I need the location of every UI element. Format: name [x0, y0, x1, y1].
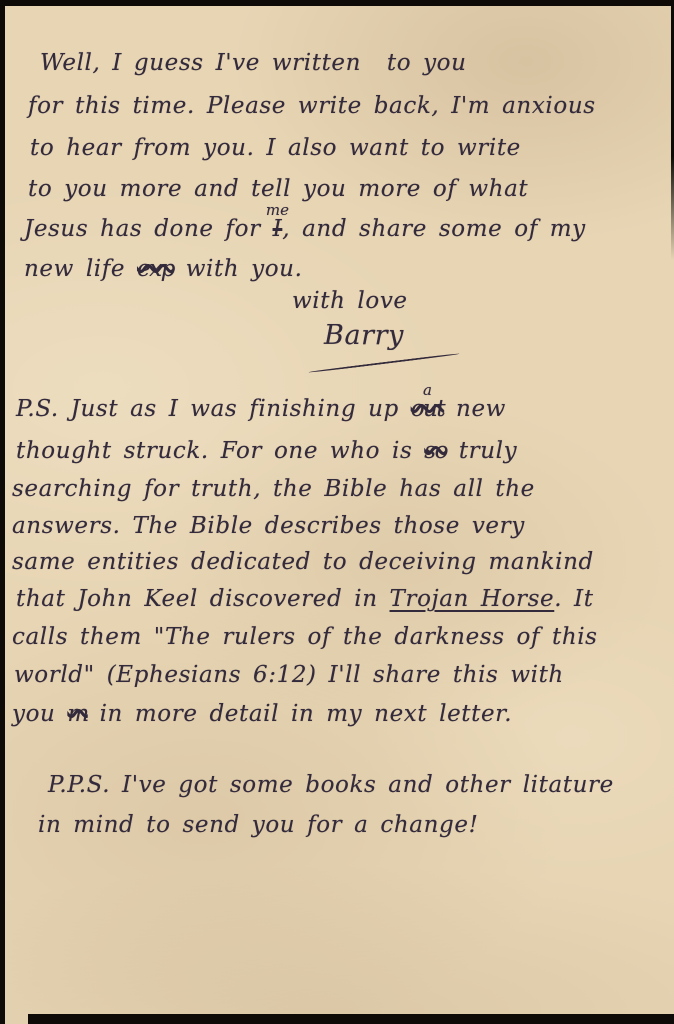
scanned-letter-page: Well, I guess I've written to you for th… — [0, 0, 674, 1024]
ps-line-9-after: in more detail in my next letter. — [88, 701, 512, 727]
ps-line-2-after: truly — [447, 438, 517, 464]
correction-group: meI — [273, 216, 283, 242]
body-line-6-before: new life — [24, 256, 137, 282]
valediction: with love — [292, 288, 408, 314]
ps-line-6-before: that John Keel discovered in — [16, 586, 390, 612]
body-line-5-after: , and share some of my — [282, 216, 585, 242]
ps-line-6: that John Keel discovered in Trojan Hors… — [16, 586, 594, 612]
struck-word: I — [273, 216, 283, 242]
ps-scribbled-word-2: so — [424, 438, 447, 464]
body-line-6: new life exp with you. — [24, 256, 302, 282]
correction-word: me — [266, 201, 289, 219]
ps-scribbled-word-1: out — [411, 396, 444, 422]
ps-correction-group: aout — [411, 396, 444, 422]
underlined-book-title: Trojan Horse — [390, 586, 555, 612]
body-line-2: for this time. Please write back, I'm an… — [28, 93, 596, 119]
body-line-5: Jesus has done for meI, and share some o… — [24, 216, 586, 242]
body-line-1-after: to you — [387, 50, 467, 76]
ps-line-4: answers. The Bible describes those very — [12, 513, 525, 539]
ps-line-1-after: new — [444, 396, 506, 422]
ps-line-9-before: you — [12, 701, 67, 727]
ps-scribbled-word-3: m — [67, 701, 87, 727]
ps-line-2: thought struck. For one who is so truly — [16, 438, 517, 464]
body-line-4: to you more and tell you more of what — [28, 176, 528, 202]
ps-line-7: calls them "The rulers of the darkness o… — [12, 624, 598, 650]
ps-line-1: P.S. Just as I was finishing up aout new — [16, 396, 506, 422]
ps-line-9: you m in more detail in my next letter. — [12, 701, 512, 727]
ps-line-5: same entities dedicated to deceiving man… — [12, 549, 594, 575]
body-line-3: to hear from you. I also want to write — [30, 135, 521, 161]
body-line-5-before: Jesus has done for — [24, 216, 273, 242]
ps-line-3: searching for truth, the Bible has all t… — [12, 476, 535, 502]
scan-edge-bottom — [28, 1014, 674, 1024]
pps-line-2: in mind to send you for a change! — [38, 812, 478, 838]
ps-line-6-after: . It — [554, 586, 593, 612]
signature: Barry — [324, 320, 404, 351]
ps-line-8: world" (Ephesians 6:12) I'll share this … — [14, 662, 564, 688]
pps-line-1: P.P.S. I've got some books and other lit… — [48, 772, 614, 798]
ps-correction-word: a — [423, 381, 432, 399]
ps-line-2-before: thought struck. For one who is — [16, 438, 424, 464]
scribbled-out-word: exp — [137, 256, 174, 282]
body-line-1-text: Well, I guess I've written — [40, 50, 361, 76]
body-line-1: Well, I guess I've written to you — [40, 50, 467, 76]
scan-edge-top — [0, 0, 674, 6]
signature-underline — [308, 353, 459, 374]
scan-edge-left — [0, 0, 5, 1024]
body-line-6-after: with you. — [174, 256, 303, 282]
ps-line-1-before: P.S. Just as I was finishing up — [16, 396, 411, 422]
